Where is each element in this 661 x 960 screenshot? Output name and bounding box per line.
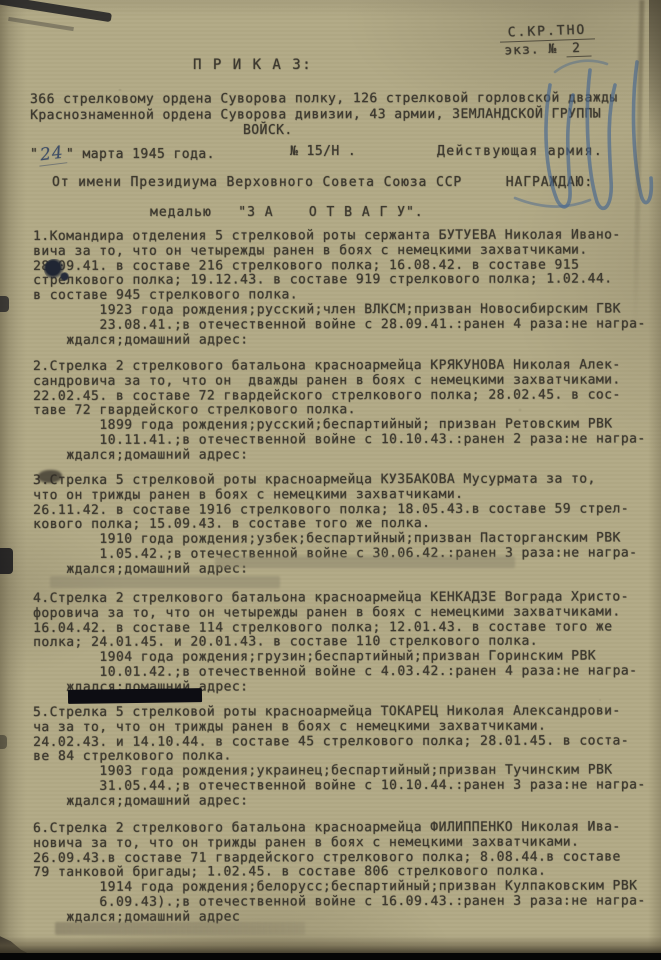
redaction-smudge	[50, 576, 280, 588]
classification-stamp: С.КР.ТНО экз. № 2	[499, 22, 595, 59]
torn-edge-mark	[8, 17, 74, 31]
scan-background-strip	[0, 953, 661, 960]
award-item-6: 6.Стрелка 2 стрелкового батальона красно…	[33, 820, 646, 925]
award-item-4: 4.Стрелка 2 стрелкового батальона красно…	[33, 590, 637, 695]
edge-damage	[0, 735, 7, 749]
award-authority-line: От имени Президиума Верховного Совета Со…	[52, 175, 593, 190]
edge-damage	[0, 548, 13, 574]
redaction-smudge	[215, 556, 515, 568]
order-recipients-tail: ВОЙСК.	[243, 123, 293, 138]
edge-shadow	[649, 0, 661, 150]
order-recipients: 366 стрелковому ордена Суворова полку, 1…	[30, 90, 618, 124]
order-title: П Р И К А З:	[193, 57, 312, 73]
medal-line: медалью "З А О Т В А Г У".	[150, 205, 424, 220]
copy-label: экз. №	[504, 42, 557, 59]
close-quote: "	[66, 147, 74, 162]
redaction-smudge	[55, 922, 305, 935]
copy-number-line: экз. № 2	[500, 40, 595, 59]
order-number: № 15/Н .	[290, 144, 356, 159]
date-line: "24" марта 1945 года.	[30, 143, 215, 164]
copy-number: 2	[566, 40, 591, 57]
handwritten-day: 24	[37, 142, 67, 166]
date-rest: марта 1945 года.	[74, 147, 215, 162]
secrecy-label: С.КР.ТНО	[499, 22, 594, 42]
army-status: Действующая армия.	[437, 144, 603, 159]
award-item-1: 1.Командира отделения 5 стрелковой роты …	[33, 228, 646, 348]
award-item-5: 5.Стрелка 5 стрелковой роты красноармейц…	[33, 704, 646, 809]
document-page: С.КР.ТНО экз. № 2 П Р И К А З: 366 стрел…	[0, 0, 661, 960]
redaction-bar	[68, 688, 202, 704]
award-item-2: 2.Стрелка 2 стрелкового батальона красно…	[33, 358, 646, 463]
edge-damage	[0, 296, 9, 312]
